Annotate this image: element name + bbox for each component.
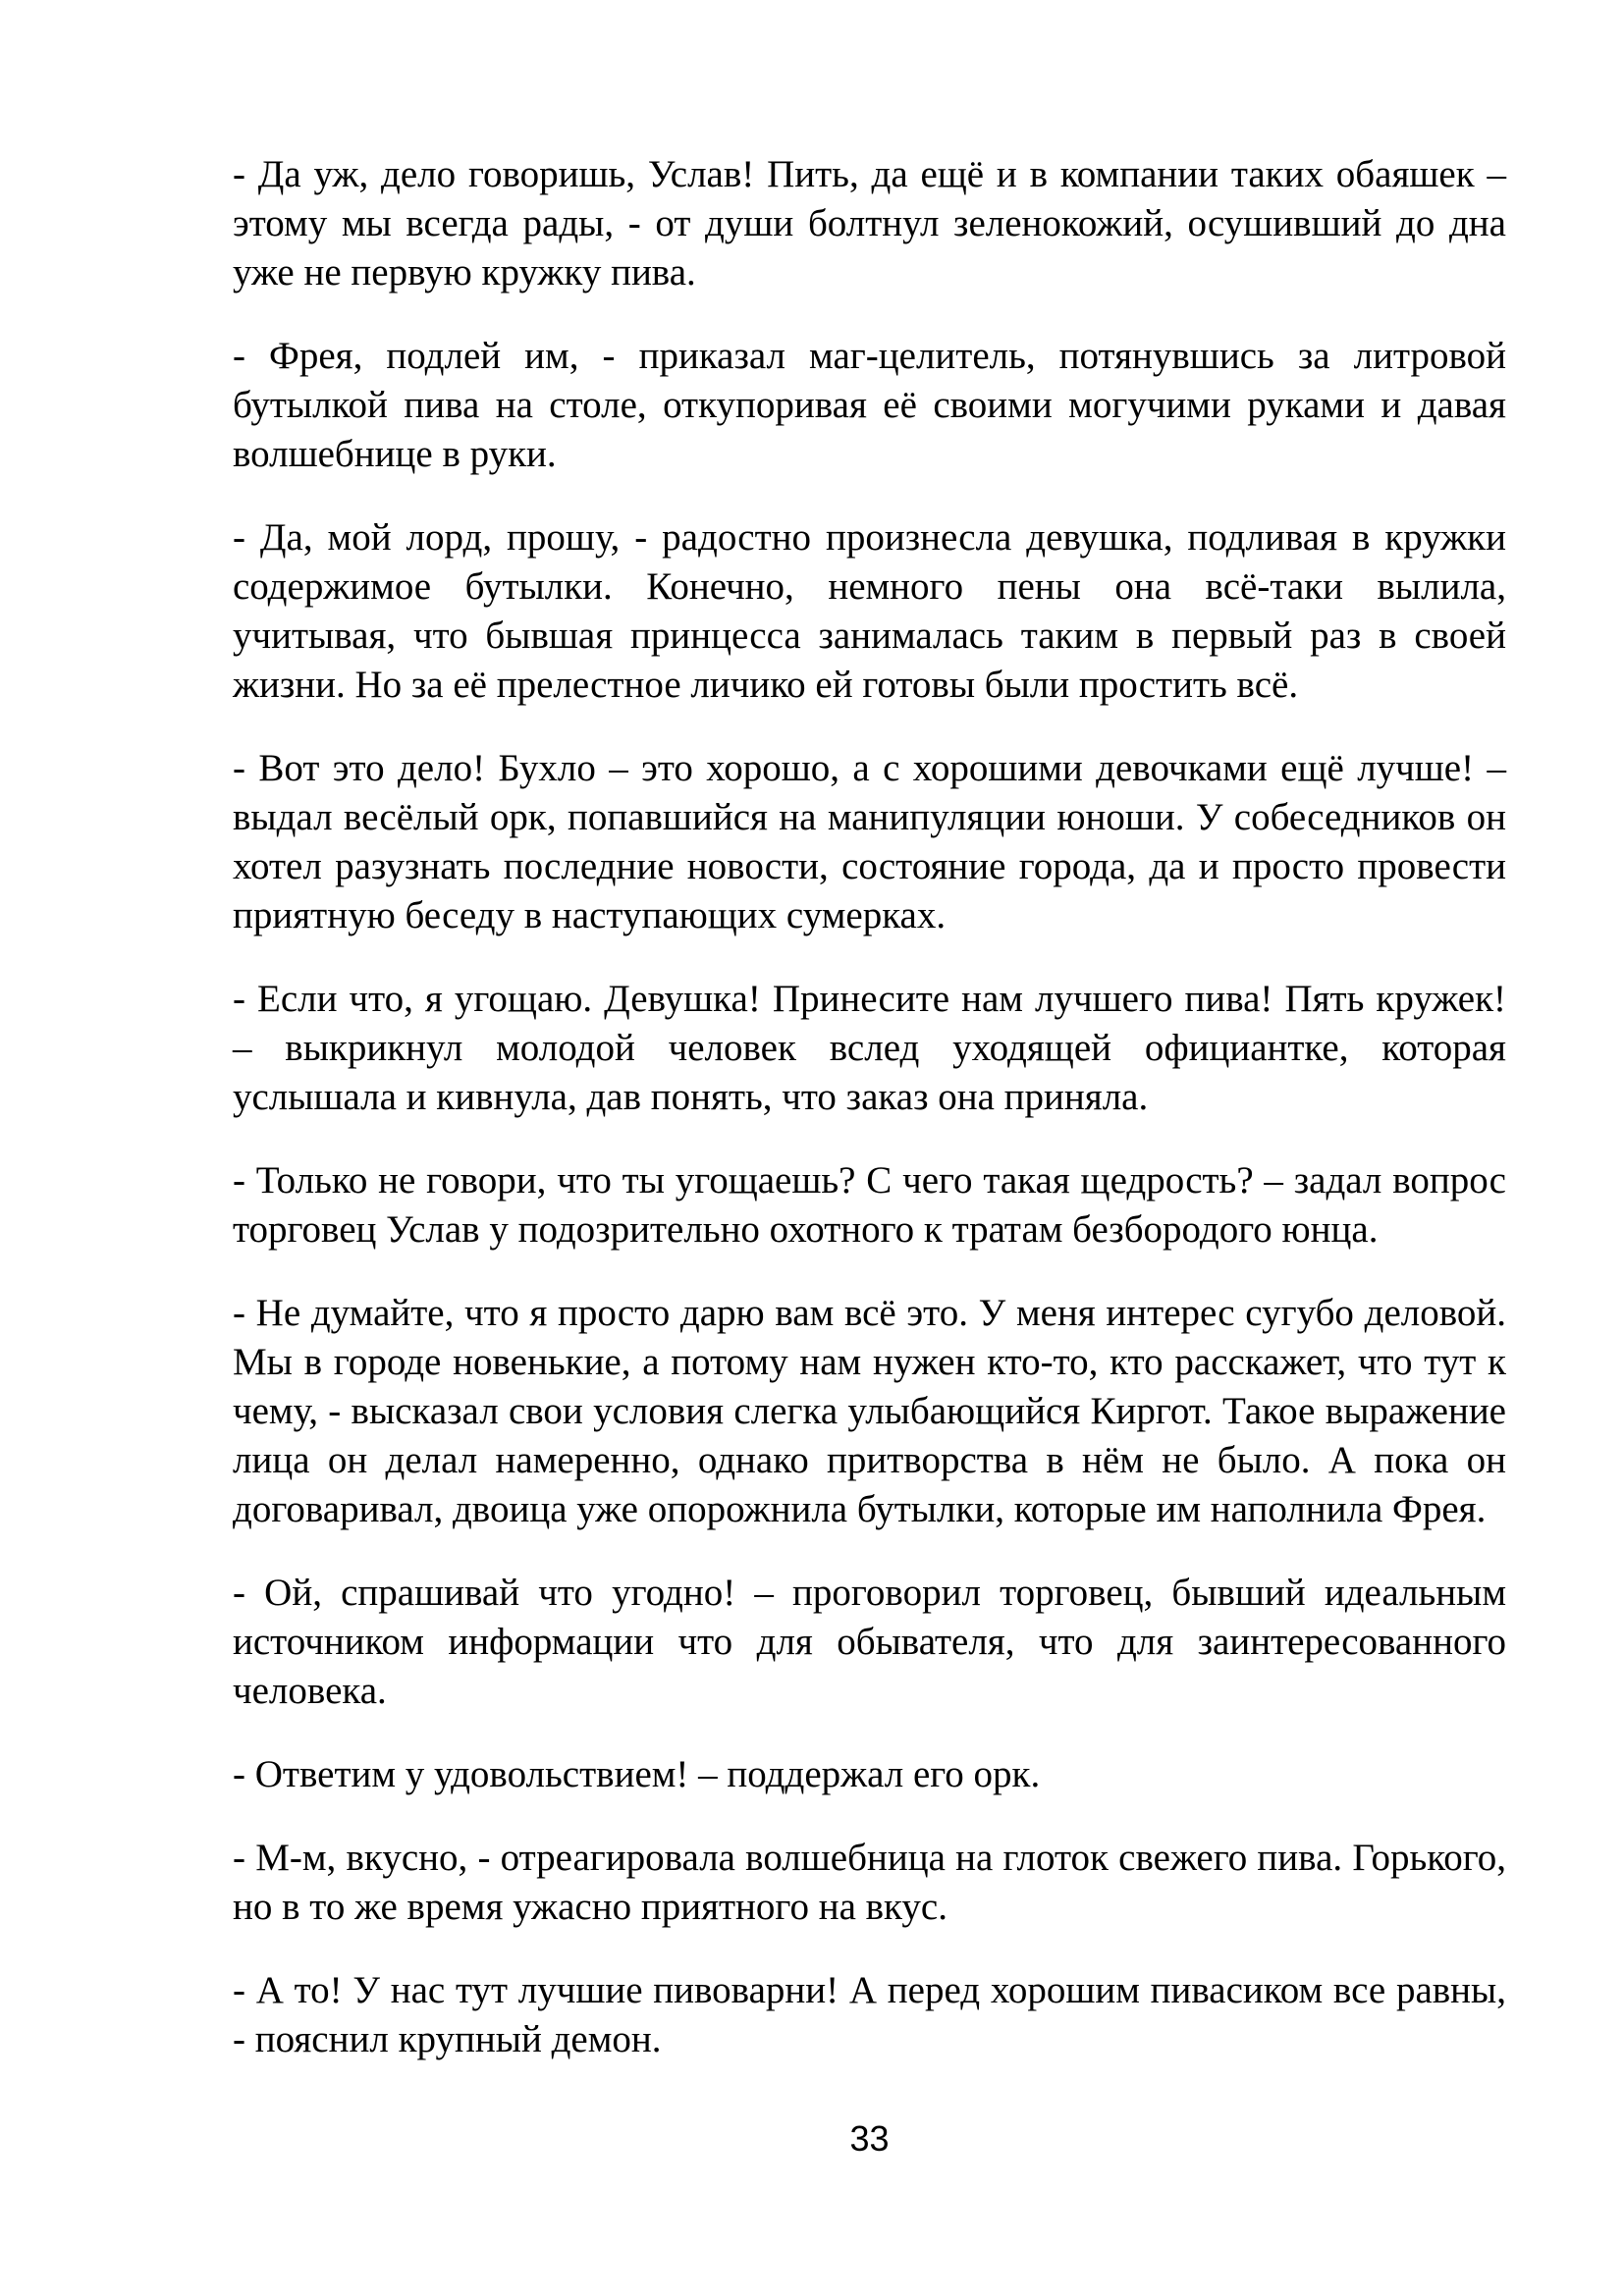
dialogue-paragraph: - Фрея, подлей им, - приказал маг-целите… (233, 332, 1506, 479)
dialogue-paragraph: - Да, мой лорд, прошу, - радостно произн… (233, 513, 1506, 710)
dialogue-paragraph: - Не думайте, что я просто дарю вам всё … (233, 1289, 1506, 1534)
dialogue-paragraph: - Вот это дело! Бухло – это хорошо, а с … (233, 744, 1506, 940)
dialogue-paragraph: - Если что, я угощаю. Девушка! Принесите… (233, 975, 1506, 1122)
text-block: - Да уж, дело говоришь, Услав! Пить, да … (233, 150, 1506, 2099)
document-page: - Да уж, дело говоришь, Услав! Пить, да … (0, 0, 1624, 2296)
dialogue-paragraph: - М-м, вкусно, - отреагировала волшебниц… (233, 1834, 1506, 1932)
dialogue-paragraph: - Ой, спрашивай что угодно! – проговорил… (233, 1569, 1506, 1716)
dialogue-paragraph: - Только не говори, что ты угощаешь? С ч… (233, 1156, 1506, 1255)
dialogue-paragraph: - Да уж, дело говоришь, Услав! Пить, да … (233, 150, 1506, 297)
dialogue-paragraph: - Ответим у удовольствием! – поддержал е… (233, 1750, 1506, 1799)
page-number: 33 (233, 2118, 1506, 2160)
dialogue-paragraph: - А то! У нас тут лучшие пивоварни! А пе… (233, 1966, 1506, 2064)
